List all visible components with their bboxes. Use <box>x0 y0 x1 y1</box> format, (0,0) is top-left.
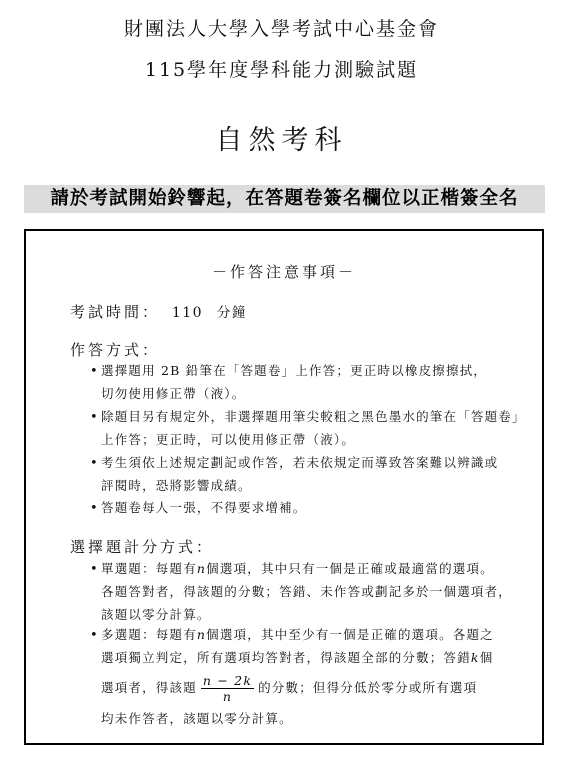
bullet-icon: • <box>90 410 98 425</box>
bullet-icon: • <box>90 628 98 643</box>
bullet-icon: • <box>90 456 98 471</box>
notice-title: －作答注意事項－ <box>26 261 542 282</box>
organization-title: 財團法人大學入學考試中心基金會 <box>0 14 563 41</box>
bullet-icon: • <box>90 364 98 379</box>
bullet-icon: • <box>90 501 98 516</box>
signature-instruction-banner: 請於考試開始鈴響起，在答題卷簽名欄位以正楷簽全名 <box>24 185 545 213</box>
scoring-label: 選擇題計分方式： <box>70 536 214 557</box>
exam-time: 考試時間： 110 分鐘 <box>70 301 247 322</box>
method-item-4: 答題卷每人一張，不得要求增補。 <box>101 496 307 519</box>
multiple-choice-rule: 多選題：每題有n個選項，其中至少有一個是正確的選項。各題之 選項獨立判定，所有選… <box>101 623 494 730</box>
subject-title: 自然考科 <box>0 118 563 157</box>
bullet-icon: • <box>90 562 98 577</box>
single-choice-rule: 單選題：每題有n個選項，其中只有一個是正確或最適當的選項。 各題答對者，得該題的… <box>101 557 512 626</box>
answer-method-label: 作答方式： <box>70 339 160 360</box>
notice-box: －作答注意事項－ 考試時間： 110 分鐘 作答方式： • 選擇題用 2B 鉛筆… <box>24 229 544 745</box>
method-item-3: 考生須依上述規定劃記或作答，若未依規定而導致答案難以辨識或 評閱時，恐將影響成績… <box>101 451 498 497</box>
method-item-1: 選擇題用 2B 鉛筆在「答題卷」上作答；更正時以橡皮擦擦拭， 切勿使用修正帶（液… <box>101 359 487 405</box>
method-item-2: 除題目另有規定外，非選擇題用筆尖較粗之黑色墨水的筆在「答題卷」 上作答；更正時，… <box>101 405 526 451</box>
exam-title: 115學年度學科能力測驗試題 <box>0 55 563 82</box>
score-fraction: n − 2kn <box>201 673 254 704</box>
